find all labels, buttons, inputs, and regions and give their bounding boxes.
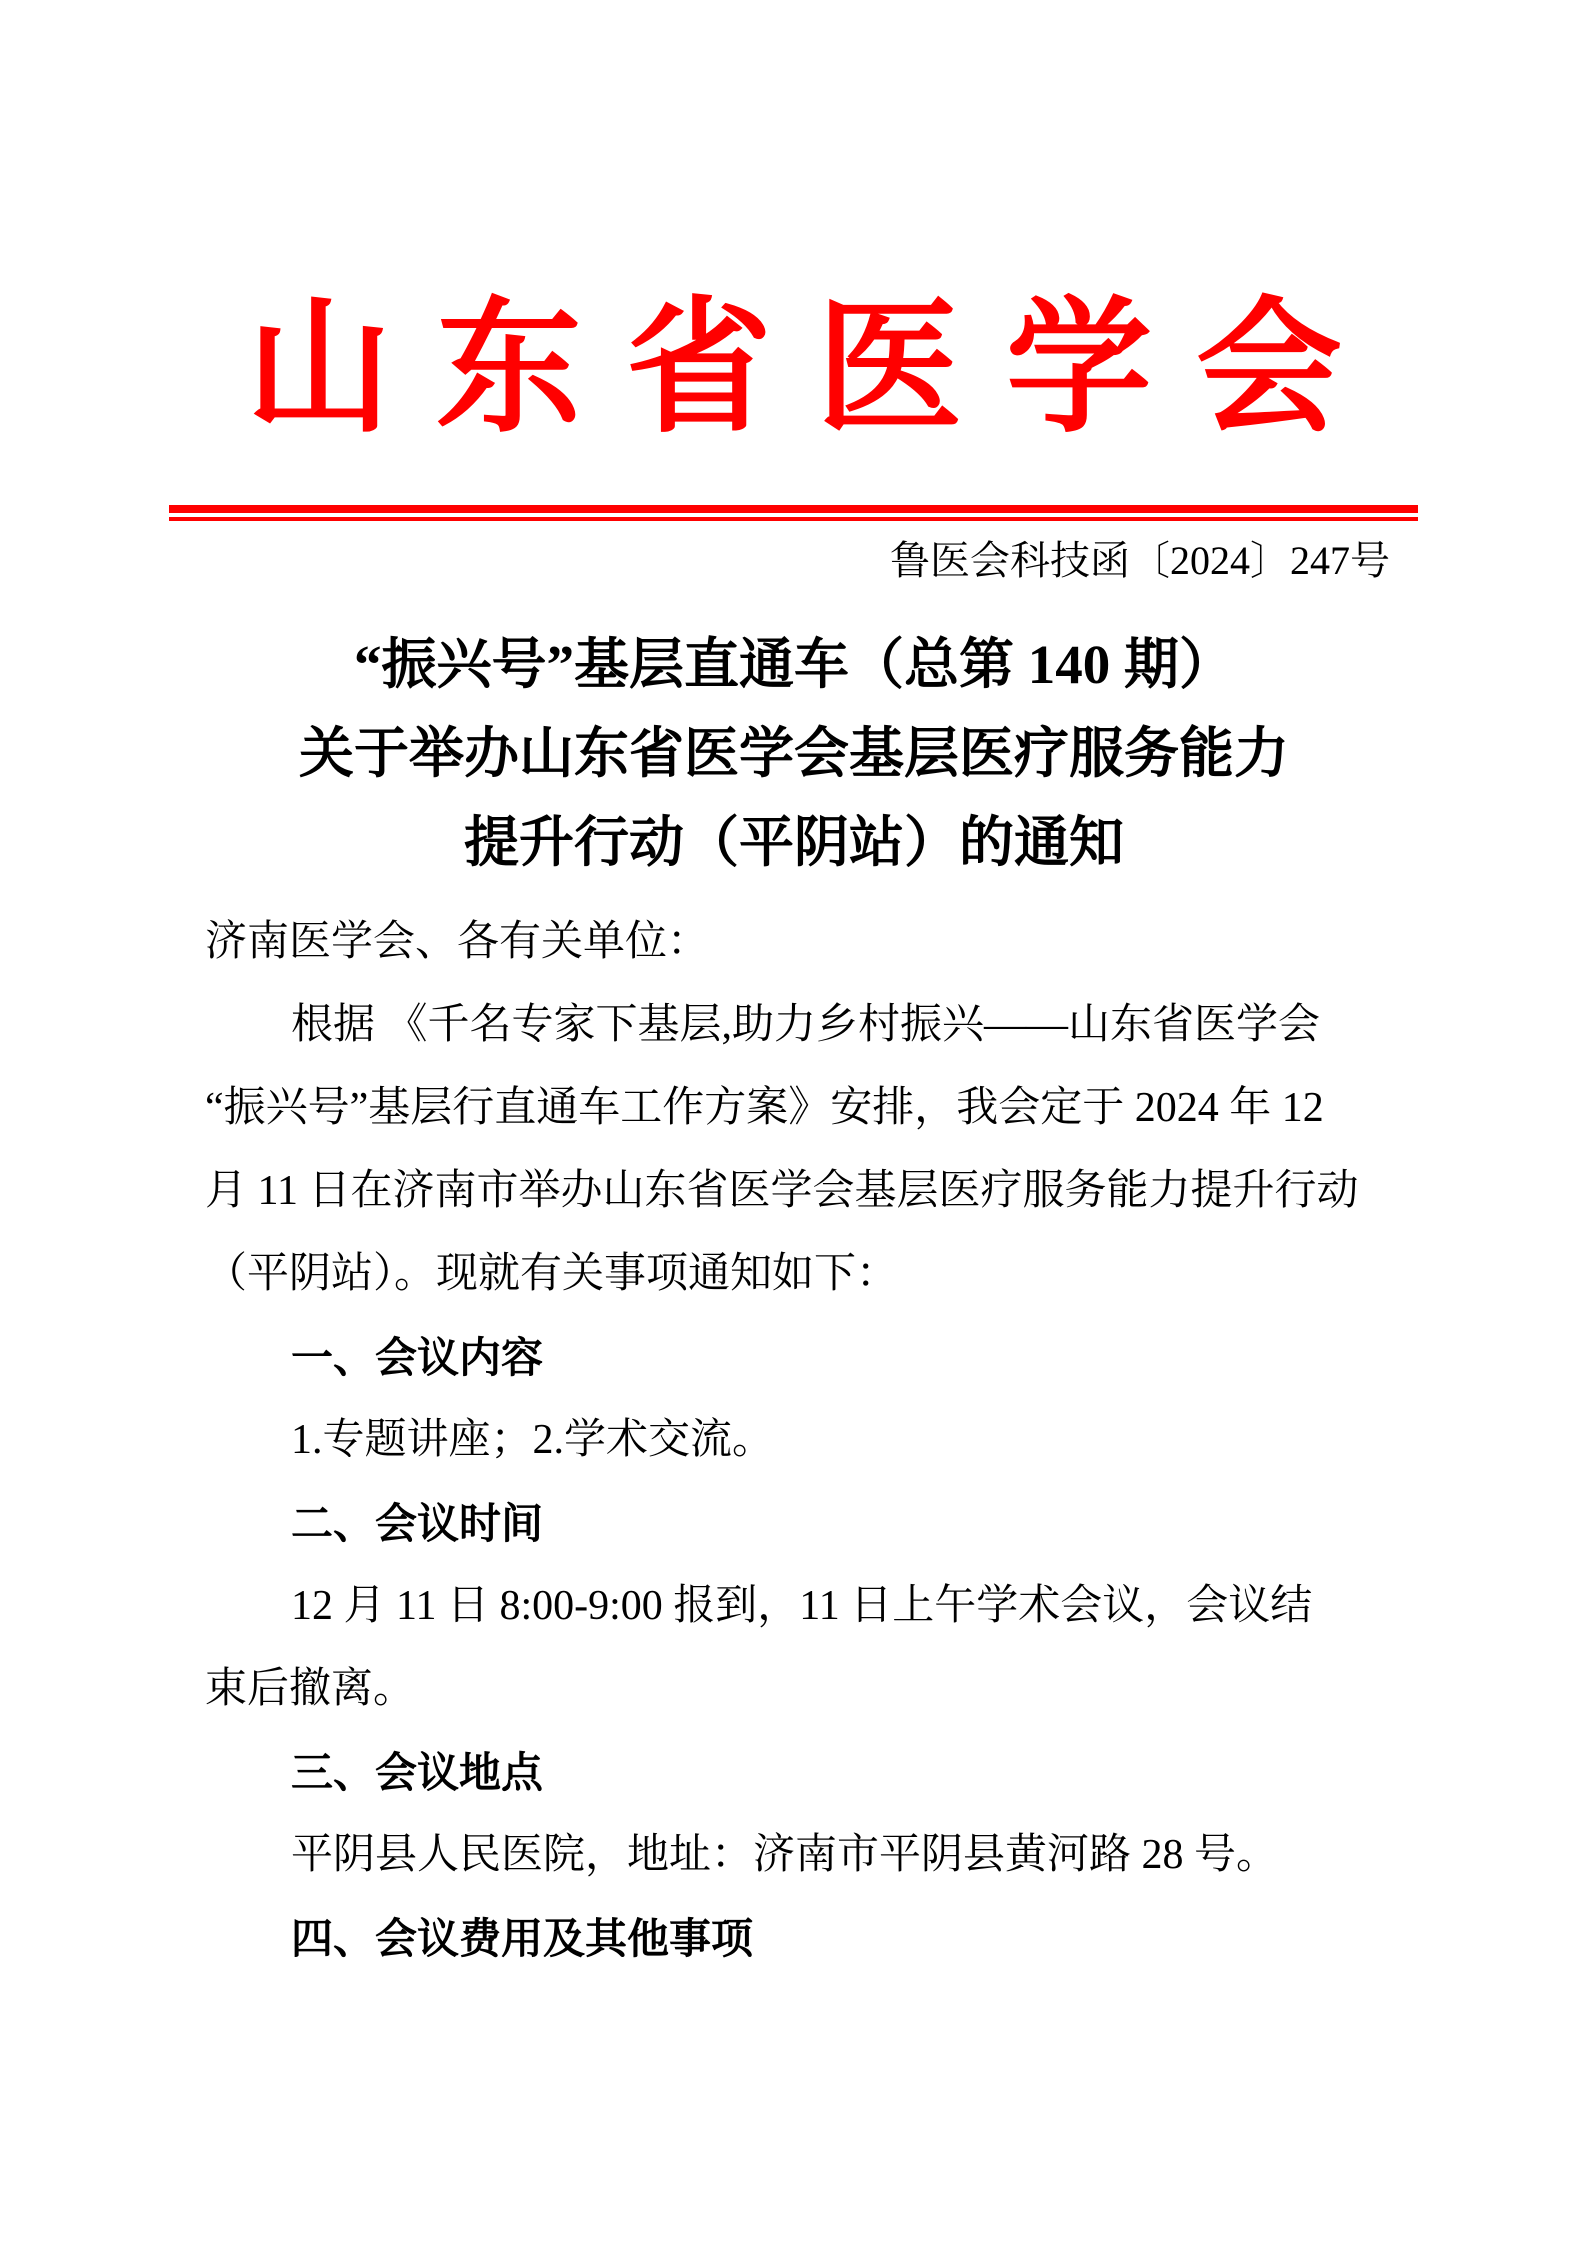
body-line: 根据 《千名专家下基层,助力乡村振兴——山东省医学会: [205, 984, 1385, 1067]
body-line: 1.专题讲座；2.学术交流。: [205, 1399, 1385, 1482]
section-heading: 一、会议内容: [205, 1316, 1385, 1399]
body-line: 束后撤离。: [205, 1648, 1385, 1731]
body-line: 济南医学会、各有关单位：: [205, 901, 1385, 984]
document-body: 济南医学会、各有关单位：根据 《千名专家下基层,助力乡村振兴——山东省医学会“振…: [205, 901, 1385, 1980]
body-line: 12 月 11 日 8:00-9:00 报到，11 日上午学术会议，会议结: [205, 1565, 1385, 1648]
section-heading: 二、会议时间: [205, 1482, 1385, 1565]
body-line: 月 11 日在济南市举办山东省医学会基层医疗服务能力提升行动: [205, 1150, 1385, 1233]
title-line: 提升行动（平阴站）的通知: [0, 798, 1588, 887]
red-divider-rule: [169, 505, 1418, 521]
document-page: 山东省医学会 鲁医会科技函〔2024〕247号 “振兴号”基层直通车（总第 14…: [0, 0, 1588, 2245]
document-title: “振兴号”基层直通车（总第 140 期）关于举办山东省医学会基层医疗服务能力提升…: [0, 620, 1588, 887]
section-heading: 三、会议地点: [205, 1731, 1385, 1814]
body-line: “振兴号”基层行直通车工作方案》安排，我会定于 2024 年 12: [205, 1067, 1385, 1150]
body-line: （平阴站）。现就有关事项通知如下：: [205, 1233, 1385, 1316]
org-name-text: 山东省医学会: [246, 288, 1386, 450]
body-line: 平阴县人民医院，地址：济南市平阴县黄河路 28 号。: [205, 1814, 1385, 1897]
doc-reference-number: 鲁医会科技函〔2024〕247号: [890, 538, 1390, 584]
title-line: “振兴号”基层直通车（总第 140 期）: [0, 620, 1588, 709]
org-masthead: 山东省医学会: [0, 296, 1588, 442]
section-heading: 四、会议费用及其他事项: [205, 1897, 1385, 1980]
title-line: 关于举办山东省医学会基层医疗服务能力: [0, 709, 1588, 798]
